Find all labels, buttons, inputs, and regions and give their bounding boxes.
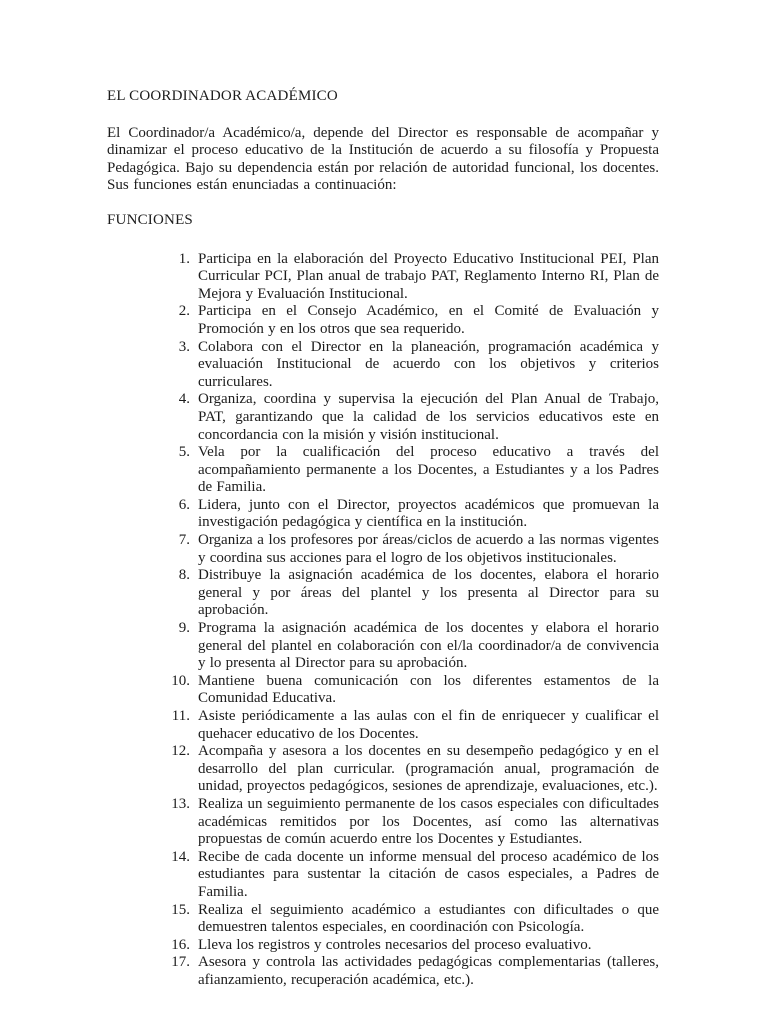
list-item: 17.Asesora y controla las actividades pe…	[107, 954, 659, 989]
list-item-number: 5.	[107, 444, 198, 497]
list-item-text: Asesora y controla las actividades pedag…	[198, 954, 659, 989]
list-item-text: Realiza un seguimiento permanente de los…	[198, 796, 659, 849]
list-item-text: Programa la asignación académica de los …	[198, 620, 659, 673]
list-item: 16.Lleva los registros y controles neces…	[107, 937, 659, 955]
list-item: 5.Vela por la cualificación del proceso …	[107, 444, 659, 497]
list-item-number: 8.	[107, 567, 198, 620]
list-item: 14.Recibe de cada docente un informe men…	[107, 849, 659, 902]
functions-list: 1.Participa en la elaboración del Proyec…	[107, 251, 659, 990]
intro-paragraph: El Coordinador/a Académico/a, depende de…	[107, 125, 659, 195]
list-item: 6.Lidera, junto con el Director, proyect…	[107, 497, 659, 532]
document-content: EL COORDINADOR ACADÉMICO El Coordinador/…	[107, 88, 659, 990]
list-item-text: Vela por la cualificación del proceso ed…	[198, 444, 659, 497]
list-item: 10.Mantiene buena comunicación con los d…	[107, 673, 659, 708]
list-item-text: Mantiene buena comunicación con los dife…	[198, 673, 659, 708]
list-item: 8.Distribuye la asignación académica de …	[107, 567, 659, 620]
list-item-text: Participa en la elaboración del Proyecto…	[198, 251, 659, 304]
list-item-text: Colabora con el Director en la planeació…	[198, 339, 659, 392]
list-item-number: 4.	[107, 391, 198, 444]
list-item: 3.Colabora con el Director en la planeac…	[107, 339, 659, 392]
list-item-number: 6.	[107, 497, 198, 532]
list-item: 2.Participa en el Consejo Académico, en …	[107, 303, 659, 338]
list-item-text: Organiza a los profesores por áreas/cicl…	[198, 532, 659, 567]
list-item-text: Participa en el Consejo Académico, en el…	[198, 303, 659, 338]
list-item-text: Lleva los registros y controles necesari…	[198, 937, 659, 955]
list-item-number: 14.	[107, 849, 198, 902]
list-item-text: Realiza el seguimiento académico a estud…	[198, 902, 659, 937]
list-item-number: 10.	[107, 673, 198, 708]
list-item-text: Acompaña y asesora a los docentes en su …	[198, 743, 659, 796]
list-item-number: 15.	[107, 902, 198, 937]
list-item: 12.Acompaña y asesora a los docentes en …	[107, 743, 659, 796]
document-page: EL COORDINADOR ACADÉMICO El Coordinador/…	[0, 0, 768, 1024]
list-item-number: 17.	[107, 954, 198, 989]
list-item-number: 1.	[107, 251, 198, 304]
list-item: 1.Participa en la elaboración del Proyec…	[107, 251, 659, 304]
section-heading-funciones: FUNCIONES	[107, 212, 659, 230]
list-item: 11.Asiste periódicamente a las aulas con…	[107, 708, 659, 743]
list-item: 13.Realiza un seguimiento permanente de …	[107, 796, 659, 849]
document-title: EL COORDINADOR ACADÉMICO	[107, 88, 659, 106]
list-item-text: Distribuye la asignación académica de lo…	[198, 567, 659, 620]
list-item: 4.Organiza, coordina y supervisa la ejec…	[107, 391, 659, 444]
list-item-number: 12.	[107, 743, 198, 796]
list-item-number: 7.	[107, 532, 198, 567]
list-item-number: 3.	[107, 339, 198, 392]
list-item-number: 16.	[107, 937, 198, 955]
list-item: 7.Organiza a los profesores por áreas/ci…	[107, 532, 659, 567]
list-item-text: Lidera, junto con el Director, proyectos…	[198, 497, 659, 532]
list-item-number: 13.	[107, 796, 198, 849]
list-item-number: 9.	[107, 620, 198, 673]
list-item: 9.Programa la asignación académica de lo…	[107, 620, 659, 673]
list-item-text: Organiza, coordina y supervisa la ejecuc…	[198, 391, 659, 444]
list-item: 15.Realiza el seguimiento académico a es…	[107, 902, 659, 937]
list-item-text: Recibe de cada docente un informe mensua…	[198, 849, 659, 902]
list-item-number: 11.	[107, 708, 198, 743]
list-item-number: 2.	[107, 303, 198, 338]
list-item-text: Asiste periódicamente a las aulas con el…	[198, 708, 659, 743]
